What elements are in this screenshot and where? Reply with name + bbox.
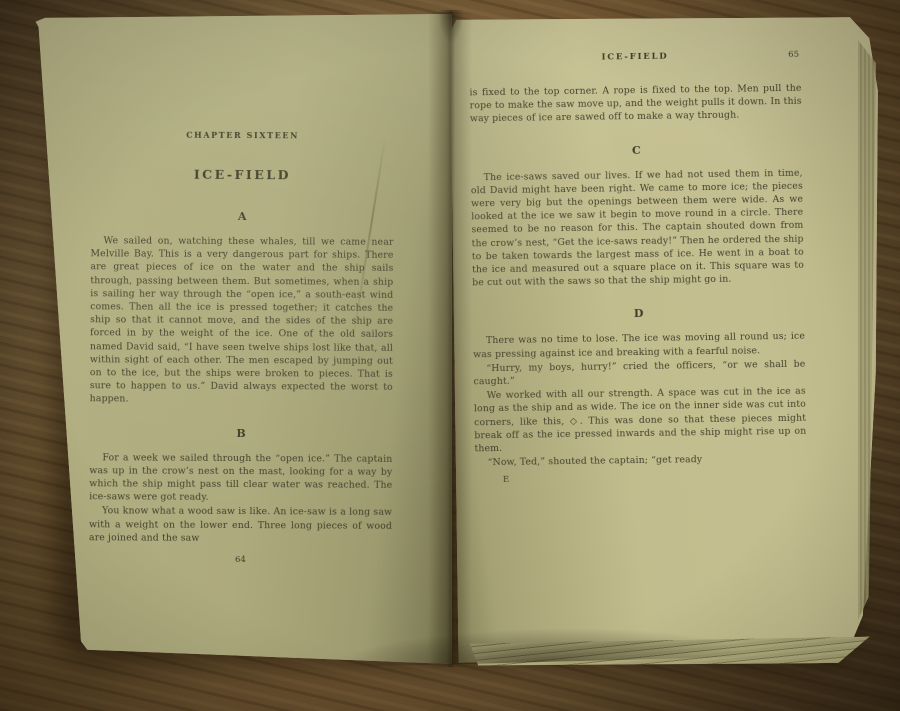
- right-page-text-column: ICE-FIELD 65 is fixed to the top corner.…: [469, 50, 807, 486]
- right-page-number: 65: [788, 50, 799, 60]
- left-page: CHAPTER SIXTEEN ICE-FIELD A We sailed on…: [28, 14, 452, 664]
- gutter-top-notch: [438, 10, 464, 44]
- running-header: ICE-FIELD: [469, 50, 801, 65]
- section-label-c: C: [470, 141, 802, 159]
- chapter-title: ICE-FIELD: [91, 166, 394, 183]
- chapter-header: CHAPTER SIXTEEN: [91, 129, 394, 141]
- paragraph: There was no time to lose. The ice was m…: [473, 330, 805, 361]
- paragraph: For a week we sailed through the “open i…: [89, 451, 392, 505]
- paragraph: The ice-saws saved our lives. If we had …: [471, 166, 805, 289]
- paragraph: We sailed on, watching these whales, til…: [90, 234, 394, 407]
- dialogue-paragraph: “Hurry, my boys, hurry!” cried the offic…: [473, 358, 805, 389]
- left-page-number: 64: [89, 554, 392, 566]
- section-label-d: D: [473, 305, 805, 323]
- continuation-paragraph: is fixed to the top corner. A rope is fi…: [469, 82, 802, 126]
- gutter-shadow: [428, 12, 472, 667]
- printers-signature-mark: E: [503, 471, 807, 485]
- book-photograph: CHAPTER SIXTEEN ICE-FIELD A We sailed on…: [0, 0, 900, 711]
- section-label-a: A: [91, 209, 394, 224]
- paragraph: We worked with all our strength. A space…: [474, 385, 807, 456]
- running-header-row: ICE-FIELD 65: [469, 50, 801, 71]
- left-page-text-column: CHAPTER SIXTEEN ICE-FIELD A We sailed on…: [89, 129, 394, 566]
- section-label-b: B: [90, 426, 393, 441]
- paragraph: You know what a wood saw is like. An ice…: [89, 505, 392, 546]
- right-page-content: ICE-FIELD 65 is fixed to the top corner.…: [450, 12, 880, 668]
